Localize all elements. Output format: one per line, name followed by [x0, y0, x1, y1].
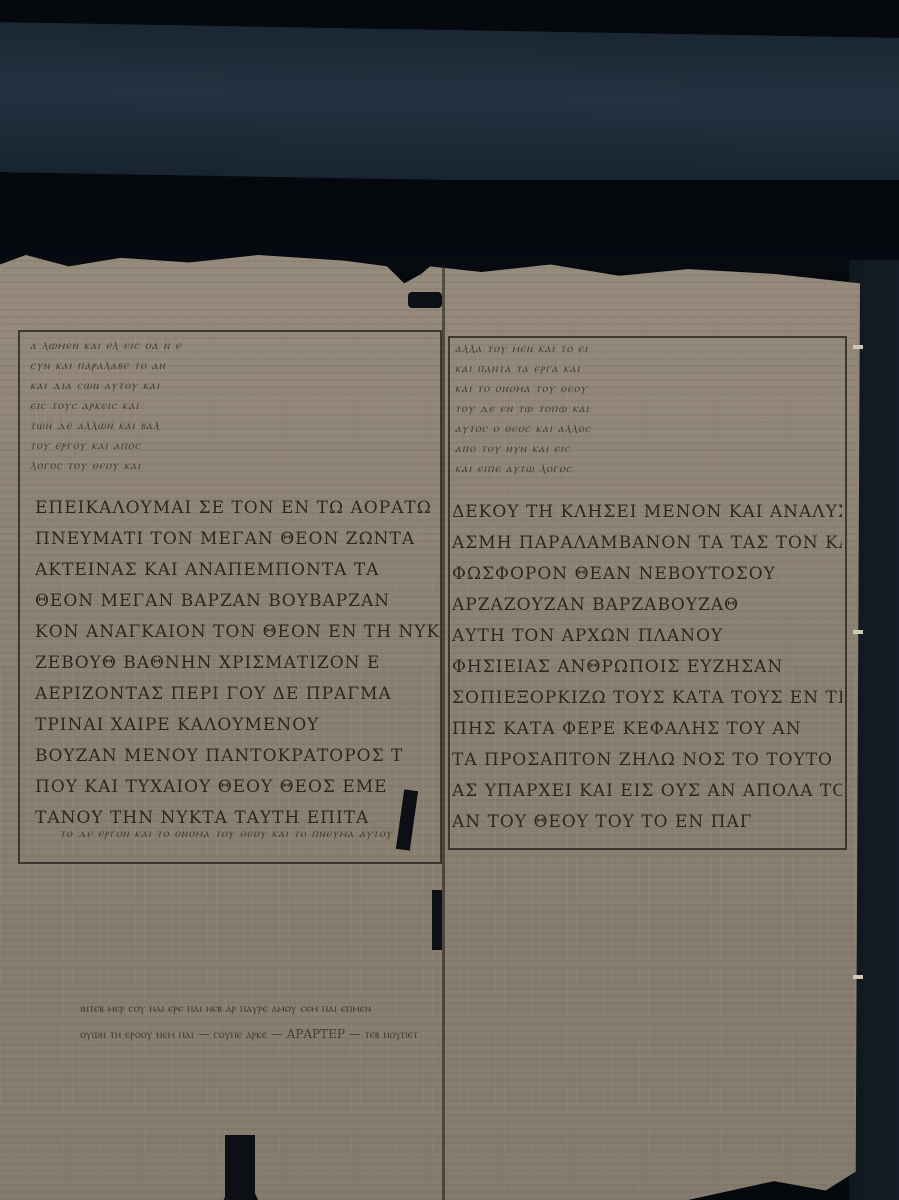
text-line: ΑΚΤΕΙΝΑΣ ΚΑΙ ΑΝΑΠΕΜΠΟΝΤΑ ΤΑ [35, 555, 440, 586]
right-column-cursive-text: ⲁⲗⲗⲁ ⲧⲟⲩ ⲙⲉⲛ ⲕⲁⲓ ⲧⲟ ⲉⲓ ⲕⲁⲓ ⲡⲁⲛⲧⲁ ⲧⲁ ⲉⲣⲅⲁ… [455, 338, 840, 478]
text-line: ΤΑ ΠΡΟΣΑΠΤΟΝ ΖΗΛΩ ΝΟΣ ΤΟ ΤΟΥΤΟ [452, 745, 842, 776]
papyrus-seam [442, 265, 445, 1200]
demotic-footer-text: ⲓⲛⲧⲉⲃ ⲙⲉⲣ ⲥⲟⲩ ⲛⲁⲓ ⲉⲣⲉ ⲡⲁⲓ ⲛⲉⲃ ⲁⲣ ⲡⲁⲩⲣⲉ ⲁ… [80, 995, 840, 1047]
left-column-cursive-text: ⲁ ⲗⲱⲙⲉⲛ ⲕⲁⲓ ⲉⲗ ⲉⲓⲥ ⲟⲁ ⲛ ⲉ ⲥⲩⲛ ⲕⲁⲓ ⲡⲁⲣⲁⲗⲁ… [30, 335, 435, 475]
text-line: ⲕⲁⲓ ⲉⲓⲡⲉ ⲁⲩⲧⲱ ⲗⲟⲅⲟⲥ [455, 458, 840, 478]
text-line: ΔΕΚΟΥ ΤΗ ΚΛΗΣΕΙ ΜΕΝΟΝ ΚΑΙ ΑΝΑΛΥΣΟ [452, 497, 842, 528]
text-line: ΠΝΕΥΜΑΤΙ ΤΟΝ ΜΕΓΑΝ ΘΕΟΝ ΖΩΝΤΑ [35, 524, 440, 555]
display-case-top-panel [0, 22, 899, 188]
mounting-pin [853, 975, 863, 979]
text-line: ⲧⲟⲩ ⲇⲉ ⲉⲛ ⲧⲱ ⲧⲟⲡⲱ ⲕⲁⲓ [455, 398, 840, 418]
text-line: ΦΗΣΙΕΙΑΣ ΑΝΘΡΩΠΟΙΣ ΕΥΖΗΣΑΝ [452, 652, 842, 683]
lower-marginal-text: ⲧⲟ ⲇⲉ ⲉⲣⲅⲟⲛ ⲕⲁⲓ ⲧⲟ ⲟⲛⲟⲙⲁ ⲧⲟⲩ ⲑⲉⲟⲩ ⲕⲁⲓ ⲧⲟ… [60, 820, 840, 846]
text-line: ΑΥΤΗ ΤΟΝ ΑΡΧΩΝ ΠΛΑΝΟΥ [452, 621, 842, 652]
text-line: ⲁⲩⲧⲟⲥ ⲟ ⲑⲉⲟⲥ ⲕⲁⲓ ⲁⲗⲗⲟⲥ [455, 418, 840, 438]
text-line: ΘΕΟΝ ΜΕΓΑΝ ΒΑΡΖΑΝ ΒΟΥΒΑΡΖΑΝ [35, 586, 440, 617]
right-column-uncial-text: ΔΕΚΟΥ ΤΗ ΚΛΗΣΕΙ ΜΕΝΟΝ ΚΑΙ ΑΝΑΛΥΣΟ ΑΣΜΗ Π… [452, 497, 842, 838]
papyrus-hole [408, 292, 442, 308]
text-line: ⲕⲁⲓ ⲡⲁⲛⲧⲁ ⲧⲁ ⲉⲣⲅⲁ ⲕⲁⲓ [455, 358, 840, 378]
papyrus-tear [432, 890, 442, 950]
text-line: ΠΟΥ ΚΑΙ ΤΥΧΑΙΟΥ ΘΕΟΥ ΘΕΟΣ ΕΜΕ [35, 772, 440, 803]
text-line: ⲉⲓⲥ ⲧⲟⲩⲥ ⲁⲣⲕⲉⲓⲥ ⲕⲁⲓ [30, 395, 435, 415]
display-case-shadow [0, 180, 899, 270]
text-line: ΑΡΖΑΖΟΥΖΑΝ ΒΑΡΖΑΒΟΥΖΑΘ [452, 590, 842, 621]
mounting-pin [853, 630, 863, 634]
left-column-uncial-text: ΕΠΕΙΚΑΛΟΥΜΑΙ ΣΕ ΤΟΝ ΕΝ ΤΩ ΑΟΡΑΤΩ ΠΝΕΥΜΑΤ… [35, 493, 440, 834]
text-line: ΑΣ ΥΠΑΡΧΕΙ ΚΑΙ ΕΙΣ ΟΥΣ ΑΝ ΑΠΟΛΑ ΤΟΝ [452, 776, 842, 807]
text-line: ⲁⲗⲗⲁ ⲧⲟⲩ ⲙⲉⲛ ⲕⲁⲓ ⲧⲟ ⲉⲓ [455, 338, 840, 358]
text-line: ⲁ ⲗⲱⲙⲉⲛ ⲕⲁⲓ ⲉⲗ ⲉⲓⲥ ⲟⲁ ⲛ ⲉ [30, 335, 435, 355]
text-line: ΦΩΣΦΟΡΟΝ ΘΕΑΝ ΝΕΒΟΥΤΟΣΟΥ [452, 559, 842, 590]
text-line: ΑΣΜΗ ΠΑΡΑΛΑΜΒΑΝΟΝ ΤΑ ΤΑΣ ΤΟΝ ΚΑΙ [452, 528, 842, 559]
text-line: ΕΠΕΙΚΑΛΟΥΜΑΙ ΣΕ ΤΟΝ ΕΝ ΤΩ ΑΟΡΑΤΩ [35, 493, 440, 524]
text-line: ⲕⲁⲓ ⲇⲓⲁ ⲥⲱⲛ ⲁⲩⲧⲟⲩ ⲕⲁⲓ [30, 375, 435, 395]
text-line: ⲧⲟ ⲇⲉ ⲉⲣⲅⲟⲛ ⲕⲁⲓ ⲧⲟ ⲟⲛⲟⲙⲁ ⲧⲟⲩ ⲑⲉⲟⲩ ⲕⲁⲓ ⲧⲟ… [60, 820, 840, 846]
papyrus-tear [225, 1135, 255, 1200]
text-line: ⲓⲛⲧⲉⲃ ⲙⲉⲣ ⲥⲟⲩ ⲛⲁⲓ ⲉⲣⲉ ⲡⲁⲓ ⲛⲉⲃ ⲁⲣ ⲡⲁⲩⲣⲉ ⲁ… [80, 995, 840, 1021]
text-line: ⲧⲟⲩ ⲉⲣⲅⲟⲩ ⲕⲁⲓ ⲁⲡⲟⲥ [30, 435, 435, 455]
text-line: ΚΟΝ ΑΝΑΓΚΑΙΟΝ ΤΟΝ ΘΕΟΝ ΕΝ ΤΗ ΝΥΚ [35, 617, 440, 648]
text-line: ⲁⲡⲟ ⲧⲟⲩ ⲛⲩⲛ ⲕⲁⲓ ⲉⲓⲥ [455, 438, 840, 458]
text-line: ⲕⲁⲓ ⲧⲟ ⲟⲛⲟⲙⲁ ⲧⲟⲩ ⲑⲉⲟⲩ [455, 378, 840, 398]
mounting-pin [853, 345, 863, 349]
text-line: ⲟⲩⲱⲛ ⲧⲛ ⲉⲣⲟⲟⲩ ⲛⲉⲙ ⲡⲁⲓ — ⲥⲟⲩⲡⲉ ⲁⲣⲕⲉ — ΑΡΑ… [80, 1021, 840, 1047]
text-line: ⲧⲱⲛ ⲇⲉ ⲁⲗⲗⲱⲛ ⲕⲁⲓ ⲃⲁⲗ [30, 415, 435, 435]
text-line: ΖΕΒΟΥΘ ΒΑΘΝΗΝ ΧΡΙΣΜΑΤΙΖΟΝ Ε [35, 648, 440, 679]
text-line: ΑΕΡΙΖΟΝΤΑΣ ΠΕΡΙ ΓΟΥ ΔΕ ΠΡΑΓΜΑ [35, 679, 440, 710]
text-line: ΣΟΠΙΕΞΟΡΚΙΖΩ ΤΟΥΣ ΚΑΤΑ ΤΟΥΣ ΕΝ ΤΗ [452, 683, 842, 714]
text-line: ⲥⲩⲛ ⲕⲁⲓ ⲡⲁⲣⲁⲗⲁⲃⲉ ⲧⲟ ⲁⲛ [30, 355, 435, 375]
text-line: ΠΗΣ ΚΑΤΑ ΦΕΡΕ ΚΕΦΑΛΗΣ ΤΟΥ ΑΝ [452, 714, 842, 745]
text-line: ⲗⲟⲅⲟⲥ ⲧⲟⲩ ⲑⲉⲟⲩ ⲕⲁⲓ [30, 455, 435, 475]
text-line: ΤΡΙΝΑΙ ΧΑΙΡΕ ΚΑΛΟΥΜΕΝΟΥ [35, 710, 440, 741]
text-line: ΒΟΥΖΑΝ ΜΕΝΟΥ ΠΑΝΤΟΚΡΑΤΟΡΟΣ Τ [35, 741, 440, 772]
